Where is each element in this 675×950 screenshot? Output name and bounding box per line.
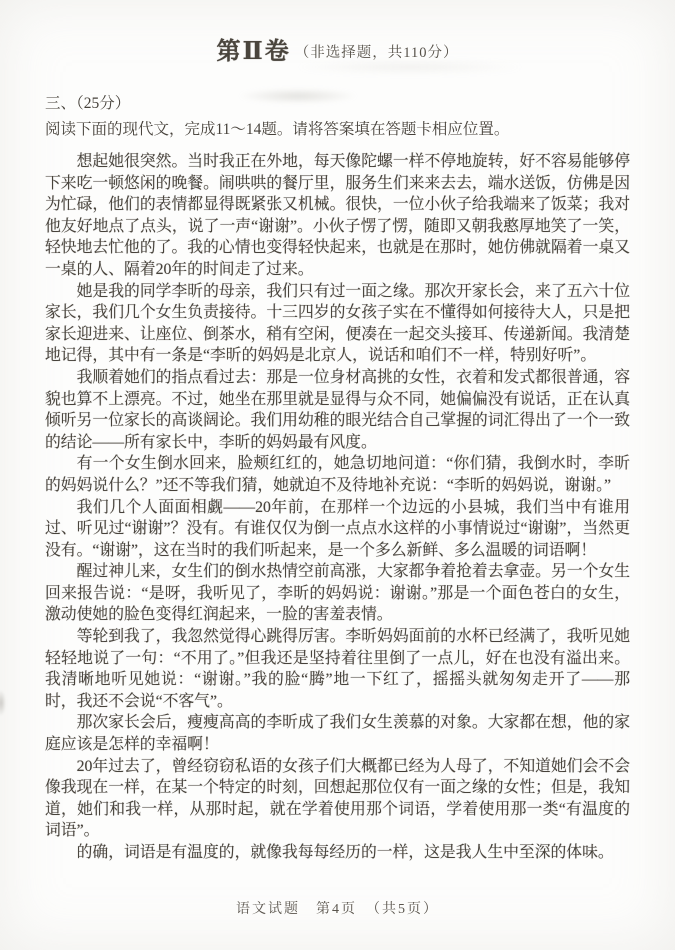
exam-paper-page: 第Ⅱ卷（非选择题，共110分） 三、（25分） 阅读下面的现代文，完成11～14… <box>0 0 675 950</box>
volume-title-note: （非选择题，共110分） <box>295 45 459 61</box>
passage-paragraph: 的确，词语是有温度的，就像我每每经历的一样，这是我人生中至深的体味。 <box>45 842 630 864</box>
passage-paragraph: 想起她很突然。当时我正在外地，每天像陀螺一样不停地旋转，好不容易能够停下来吃一顿… <box>45 151 630 281</box>
page-footer: 语文试题 第4页 （共5页） <box>0 898 675 918</box>
section-instruction: 阅读下面的现代文，完成11～14题。请将答案填在答题卡相应位置。 <box>45 119 630 141</box>
passage-paragraph: 那次家长会后，瘦瘦高高的李昕成了我们女生羡慕的对象。大家都在想，他的家庭应该是怎… <box>45 712 630 755</box>
passage-paragraph: 我们几个人面面相觑——20年前，在那样一个边远的小县城，我们当中有谁用过、听见过… <box>45 497 630 562</box>
section-heading: 三、（25分） <box>45 93 630 115</box>
volume-title: 第Ⅱ卷 <box>217 39 291 65</box>
passage-paragraph: 20年过去了，曾经窃窃私语的女孩子们大概都已经为人母了，不知道她们会不会像我现在… <box>45 756 630 842</box>
page-title: 第Ⅱ卷（非选择题，共110分） <box>45 0 630 69</box>
passage-paragraph: 她是我的同学李昕的母亲，我们只有过一面之缘。那次开家长会，来了五六十位家长，我们… <box>45 281 630 367</box>
passage-paragraph: 醒过神儿来，女生们的倒水热情空前高涨，大家都争着抢着去拿壶。另一个女生回来报告说… <box>45 561 630 626</box>
scan-artifact <box>0 690 6 716</box>
passage-paragraph: 等轮到我了，我忽然觉得心跳得厉害。李昕妈妈面前的水杯已经满了，我听见她轻轻地说了… <box>45 626 630 712</box>
reading-passage: 想起她很突然。当时我正在外地，每天像陀螺一样不停地旋转，好不容易能够停下来吃一顿… <box>45 151 630 864</box>
passage-paragraph: 我顺着她们的指点看过去：那是一位身材高挑的女性，衣着和发式都很普通，容貌也算不上… <box>45 367 630 453</box>
page-content: 第Ⅱ卷（非选择题，共110分） 三、（25分） 阅读下面的现代文，完成11～14… <box>45 0 630 864</box>
passage-paragraph: 有一个女生倒水回来，脸颊红红的，她急切地问道：“你们猜，我倒水时，李昕的妈妈说什… <box>45 453 630 496</box>
